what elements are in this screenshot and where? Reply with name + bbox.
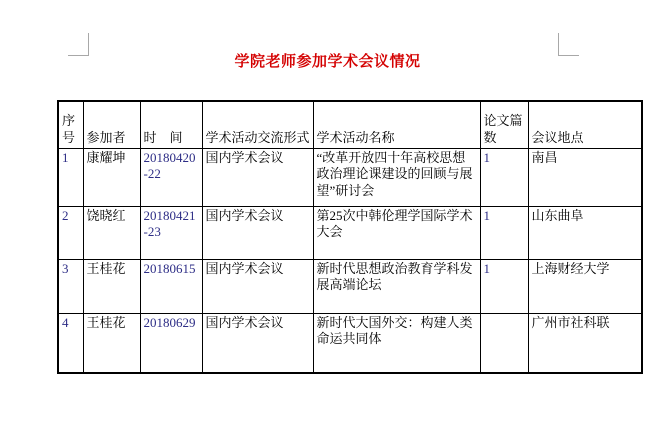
col-header-paper-count: 论文篇数 (480, 101, 528, 148)
cell-seq: 1 (58, 148, 83, 206)
cell-paper-count: 1 (480, 259, 528, 313)
cell-paper-count: 1 (480, 206, 528, 259)
table-row: 3 王桂花 20180615 国内学术会议 新时代思想政治教育学科发展高端论坛 … (58, 259, 642, 313)
col-header-location: 会议地点 (528, 101, 642, 148)
table-row: 2 饶晓红 20180421-23 国内学术会议 第25次中韩伦理学国际学术大会… (58, 206, 642, 259)
cell-activity-name: 第25次中韩伦理学国际学术大会 (313, 206, 480, 259)
table-header-row: 序号 参加者 时 间 学术活动交流形式 学术活动名称 论文篇数 会议地点 (58, 101, 642, 148)
cell-location: 上海财经大学 (528, 259, 642, 313)
cell-seq: 4 (58, 313, 83, 373)
meetings-table: 序号 参加者 时 间 学术活动交流形式 学术活动名称 论文篇数 会议地点 1 康… (57, 100, 643, 374)
cell-exchange-format: 国内学术会议 (202, 259, 313, 313)
cell-exchange-format: 国内学术会议 (202, 148, 313, 206)
cell-location: 广州市社科联 (528, 313, 642, 373)
col-header-participant: 参加者 (83, 101, 140, 148)
cell-location: 南昌 (528, 148, 642, 206)
table-row: 4 王桂花 20180629 国内学术会议 新时代大国外交：构建人类命运共同体 … (58, 313, 642, 373)
cell-participant: 王桂花 (83, 259, 140, 313)
document-page: 学院老师参加学术会议情况 序号 参加者 时 间 学术活动交流形式 学术活动名称 … (0, 0, 655, 423)
document-title: 学院老师参加学术会议情况 (0, 50, 655, 71)
col-header-activity-name: 学术活动名称 (313, 101, 480, 148)
cell-exchange-format: 国内学术会议 (202, 206, 313, 259)
cell-paper-count (480, 313, 528, 373)
cell-activity-name: “改革开放四十年高校思想政治理论课建设的回顾与展望”研讨会 (313, 148, 480, 206)
cell-activity-name: 新时代思想政治教育学科发展高端论坛 (313, 259, 480, 313)
cell-time: 20180629 (140, 313, 202, 373)
table-row: 1 康耀坤 20180420-22 国内学术会议 “改革开放四十年高校思想政治理… (58, 148, 642, 206)
cell-time: 20180615 (140, 259, 202, 313)
cell-paper-count: 1 (480, 148, 528, 206)
col-header-seq: 序号 (58, 101, 83, 148)
cell-seq: 3 (58, 259, 83, 313)
cell-participant: 王桂花 (83, 313, 140, 373)
cell-participant: 饶晓红 (83, 206, 140, 259)
cell-exchange-format: 国内学术会议 (202, 313, 313, 373)
cell-time: 20180421-23 (140, 206, 202, 259)
cell-seq: 2 (58, 206, 83, 259)
col-header-exchange-format: 学术活动交流形式 (202, 101, 313, 148)
cell-location: 山东曲阜 (528, 206, 642, 259)
cell-participant: 康耀坤 (83, 148, 140, 206)
cell-activity-name: 新时代大国外交：构建人类命运共同体 (313, 313, 480, 373)
cell-time: 20180420-22 (140, 148, 202, 206)
col-header-time: 时 间 (140, 101, 202, 148)
